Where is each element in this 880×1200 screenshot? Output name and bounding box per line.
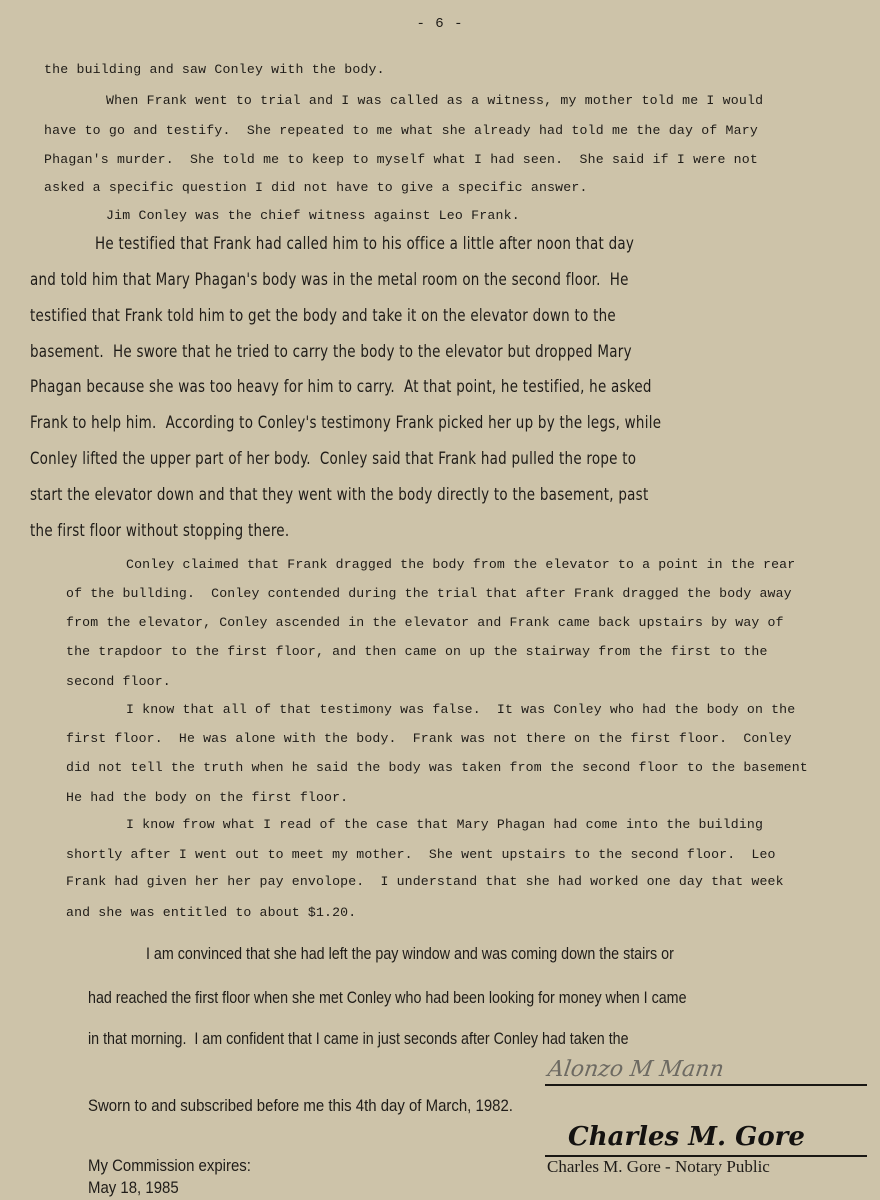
text-line: Conley claimed that Frank dragged the bo… xyxy=(126,557,795,572)
text-line: testified that Frank told him to get the… xyxy=(30,306,616,326)
text-line: and told him that Mary Phagan's body was… xyxy=(30,270,629,290)
text-line: I am convinced that she had left the pay… xyxy=(146,944,674,964)
text-line: Phagan's murder. She told me to keep to … xyxy=(44,152,758,167)
text-line: I know that all of that testimony was fa… xyxy=(126,702,795,717)
text-line: start the elevator down and that they we… xyxy=(30,485,648,505)
text-line: basement. He swore that he tried to carr… xyxy=(30,342,632,362)
text-line: shortly after I went out to meet my moth… xyxy=(66,847,776,862)
text-line: have to go and testify. She repeated to … xyxy=(44,123,758,138)
text-line: first floor. He was alone with the body.… xyxy=(66,731,792,746)
text-line: from the elevator, Conley ascended in th… xyxy=(66,615,784,630)
affiant-signature-line xyxy=(545,1084,867,1086)
text-line: He had the body on the first floor. xyxy=(66,790,348,805)
text-line: second floor. xyxy=(66,674,171,689)
text-line: asked a specific question I did not have… xyxy=(44,180,588,195)
text-line: I know frow what I read of the case that… xyxy=(126,817,763,832)
text-line: When Frank went to trial and I was calle… xyxy=(106,93,763,108)
text-line: did not tell the truth when he said the … xyxy=(66,760,808,775)
text-line: the building and saw Conley with the bod… xyxy=(44,62,385,77)
text-line: had reached the first floor when she met… xyxy=(88,988,687,1008)
text-line: Frank had given her her pay envolope. I … xyxy=(66,874,784,889)
notary-name: Charles M. Gore - Notary Public xyxy=(547,1157,770,1177)
text-line: in that morning. I am confident that I c… xyxy=(88,1029,629,1049)
text-line: Frank to help him. According to Conley's… xyxy=(30,413,661,433)
text-line: Conley lifted the upper part of her body… xyxy=(30,449,636,469)
text-line: Phagan because she was too heavy for him… xyxy=(30,377,652,397)
commission-date: May 18, 1985 xyxy=(88,1178,179,1198)
page-number: - 6 - xyxy=(0,16,880,32)
text-line: He testified that Frank had called him t… xyxy=(95,234,634,254)
text-line: the first floor without stopping there. xyxy=(30,521,289,541)
commission-label: My Commission expires: xyxy=(88,1156,251,1176)
sworn-statement: Sworn to and subscribed before me this 4… xyxy=(88,1096,513,1116)
notary-signature: Charles M. Gore xyxy=(568,1122,805,1152)
text-line: the trapdoor to the first floor, and the… xyxy=(66,644,768,659)
affiant-signature: Alonzo M Mann xyxy=(546,1057,725,1082)
text-line: and she was entitled to about $1.20. xyxy=(66,905,356,920)
text-line: Jim Conley was the chief witness against… xyxy=(106,208,520,223)
text-line: of the bullding. Conley contended during… xyxy=(66,586,792,601)
